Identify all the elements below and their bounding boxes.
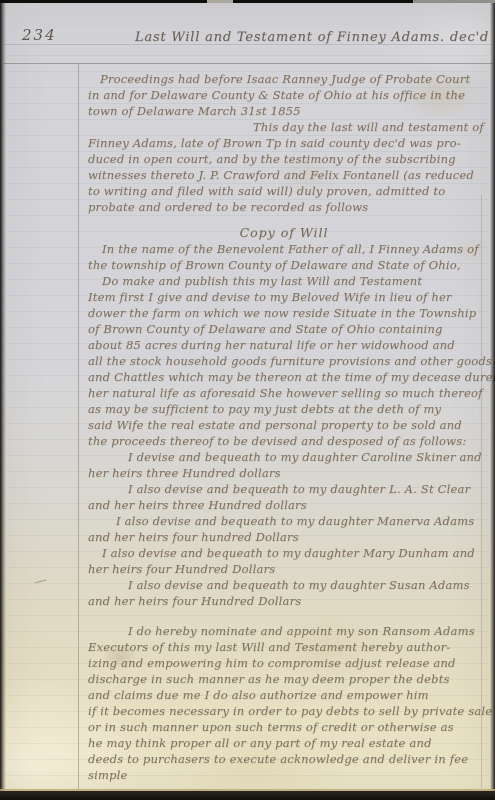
text-line: and her heirs three Hundred dollars xyxy=(88,497,480,513)
text-line: I devise and bequeath to my daughter Car… xyxy=(88,449,480,465)
text-line: probate and ordered to be recorded as fo… xyxy=(88,199,480,215)
text-line: witnesses thereto J. P. Crawford and Fel… xyxy=(88,167,480,183)
text-line: and her heirs four hundred Dollars xyxy=(88,529,480,545)
text-line: This day the last will and testament of xyxy=(88,119,480,135)
scan-edge-right xyxy=(490,0,495,796)
text-line: or in such manner upon such terms of cre… xyxy=(88,719,480,735)
section-copy-of-will: Copy of WillIn the name of the Benevolen… xyxy=(88,225,480,609)
text-line: about 85 acres during her natural life o… xyxy=(88,337,480,353)
text-line: of Brown County of Delaware and State of… xyxy=(88,321,480,337)
right-margin-rule xyxy=(481,195,482,788)
text-line: izing and empowering him to compromise a… xyxy=(88,655,480,671)
text-line: said Wife the real estate and personal p… xyxy=(88,417,480,433)
text-line: if it becomes necessary in order to pay … xyxy=(88,703,480,719)
scan-edge-left xyxy=(0,0,6,796)
page-title: Last Will and Testament of Finney Adams.… xyxy=(128,30,495,45)
text-line: deeds to purchasers to execute acknowled… xyxy=(88,751,480,767)
text-line: her heirs three Hundred dollars xyxy=(88,465,480,481)
text-line: Executors of this my last Will and Testa… xyxy=(88,639,480,655)
text-line: as may be sufficient to pay my just debt… xyxy=(88,401,480,417)
text-line: simple xyxy=(88,767,480,783)
section-executor: I do hereby nominate and appoint my son … xyxy=(88,623,480,783)
text-line: in and for Delaware County & State of Oh… xyxy=(88,87,480,103)
text-line: he may think proper all or any part of m… xyxy=(88,735,480,751)
text-line: dower the farm on which we now reside Si… xyxy=(88,305,480,321)
text-line: I also devise and bequeath to my daughte… xyxy=(88,513,480,529)
text-line: discharge in such manner as he may deem … xyxy=(88,671,480,687)
text-line: Proceedings had before Isaac Ranney Judg… xyxy=(88,71,480,87)
text-line: and Chattles which may be thereon at the… xyxy=(88,369,480,385)
text-line: her natural life as aforesaid She howeve… xyxy=(88,385,480,401)
text-line: duced in open court, and by the testimon… xyxy=(88,151,480,167)
section-proceedings: Proceedings had before Isaac Ranney Judg… xyxy=(88,71,480,215)
scan-edge-top xyxy=(0,0,207,3)
scan-edge-top-light xyxy=(413,0,495,3)
text-line: I do hereby nominate and appoint my son … xyxy=(88,623,480,639)
text-line: her heirs four Hundred Dollars xyxy=(88,561,480,577)
scan-edge-top-notch xyxy=(207,0,233,3)
scan-edge-bottom xyxy=(0,791,495,800)
left-margin-rule xyxy=(78,63,79,789)
scan-edge-top xyxy=(233,0,413,3)
page-number: 234 xyxy=(22,26,57,44)
text-line: Item first I give and devise to my Belov… xyxy=(88,289,480,305)
section-heading: Copy of Will xyxy=(88,225,480,241)
text-line: I also devise and bequeath to my daughte… xyxy=(88,481,480,497)
text-line: and her heirs four Hundred Dollars xyxy=(88,593,480,609)
text-line: and claims due me I do also authorize an… xyxy=(88,687,480,703)
text-line: to writing and filed with said will) dul… xyxy=(88,183,480,199)
text-line: I also devise and bequeath to my daughte… xyxy=(88,577,480,593)
text-line: the township of Brown County of Delaware… xyxy=(88,257,480,273)
text-line: all the stock household goods furniture … xyxy=(88,353,480,369)
text-line: Do make and publish this my last Will an… xyxy=(88,273,480,289)
text-line: town of Delaware March 31st 1855 xyxy=(88,103,480,119)
text-line: In the name of the Benevolent Father of … xyxy=(88,241,480,257)
text-line: I also devise and bequeath to my daughte… xyxy=(88,545,480,561)
text-line: Finney Adams, late of Brown Tp in said c… xyxy=(88,135,480,151)
text-line: the proceeds thereof to be devised and d… xyxy=(88,433,480,449)
will-body: Proceedings had before Isaac Ranney Judg… xyxy=(88,71,480,783)
